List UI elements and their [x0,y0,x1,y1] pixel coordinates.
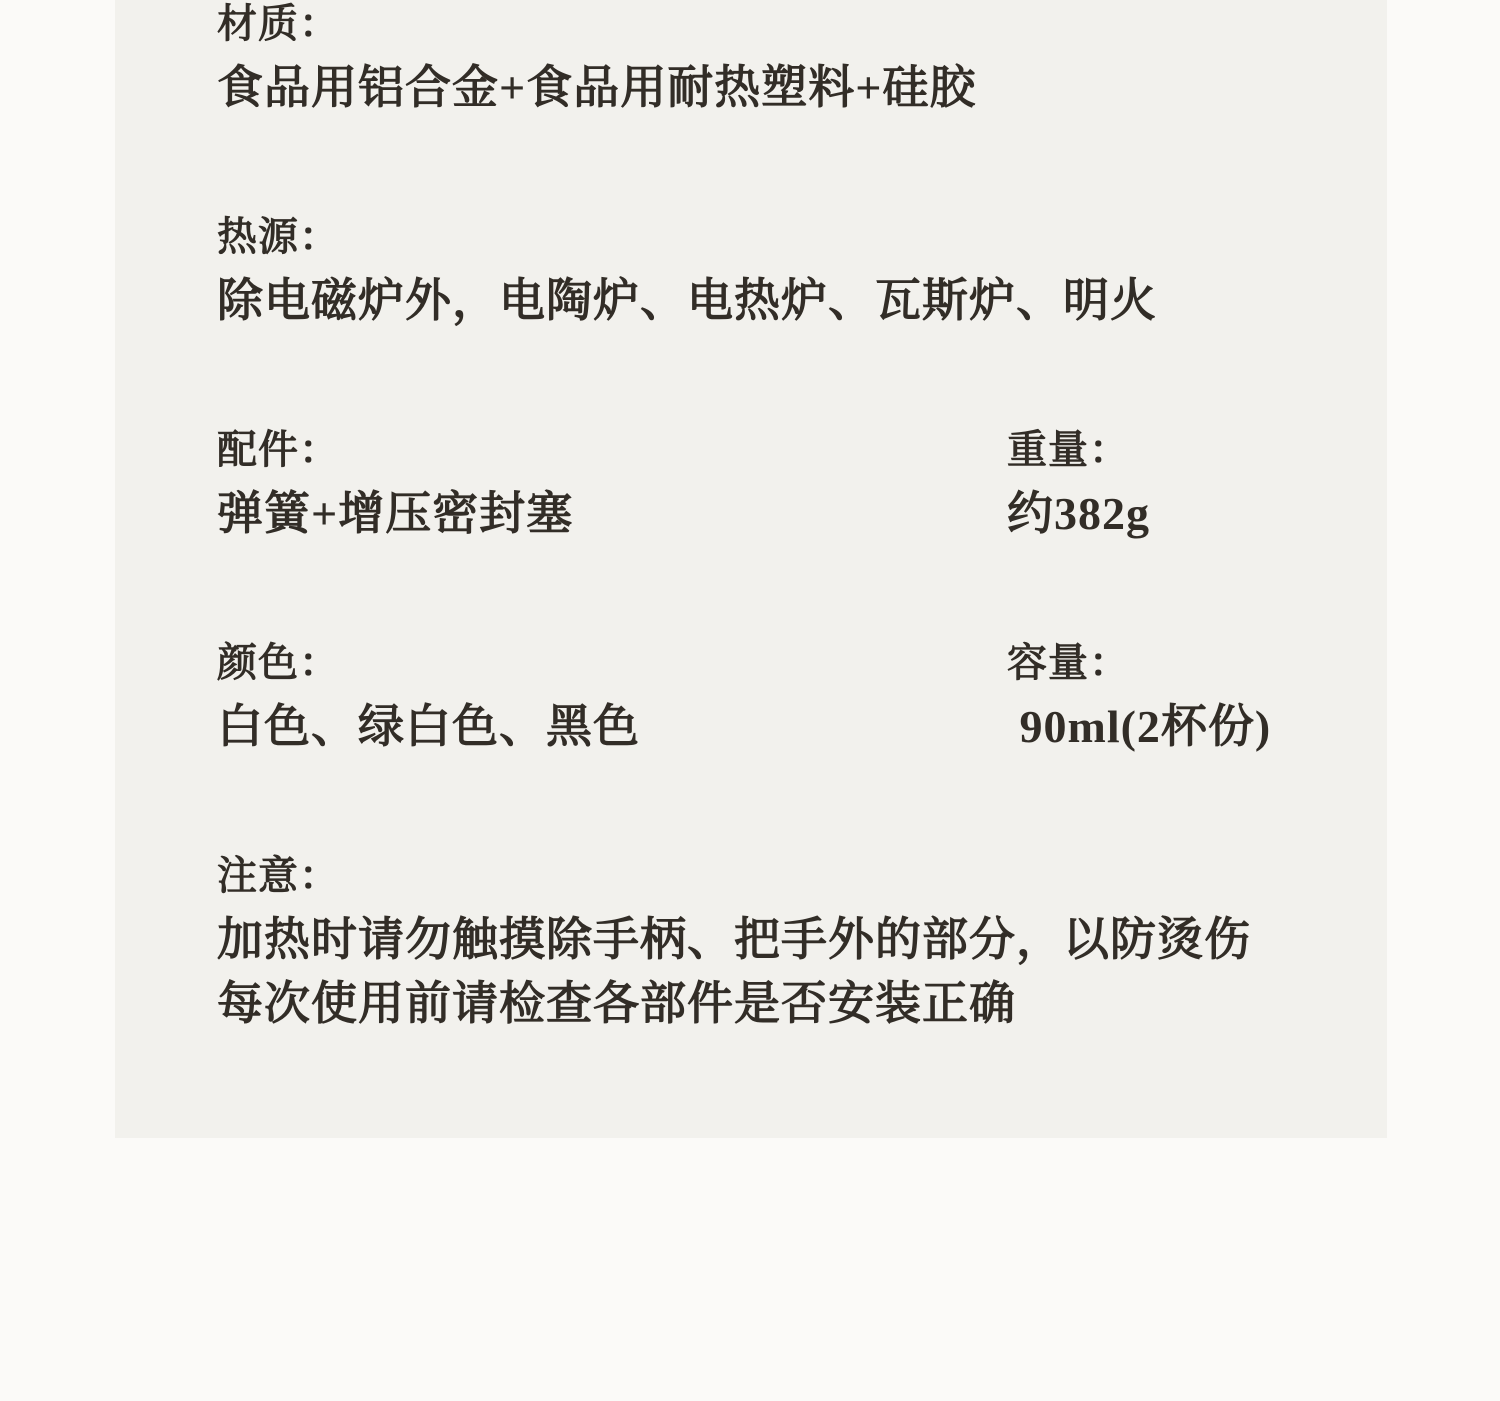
weight-value: 约382g [1007,482,1150,546]
notice-line-1: 加热时请勿触摸除手柄、把手外的部分，以防烫伤 [217,908,1347,972]
color-label: 颜色： [217,631,1007,695]
spec-content: 材质： 食品用铝合金+食品用耐热塑料+硅胶 热源： 除电磁炉外，电陶炉、电热炉、… [115,0,1387,1036]
weight-label: 重量： [1007,418,1150,482]
spec-panel: 材质： 食品用铝合金+食品用耐热塑料+硅胶 热源： 除电磁炉外，电陶炉、电热炉、… [115,0,1387,1138]
section-accessories-weight: 配件： 弹簧+增压密封塞 重量： 约382g [217,418,1347,546]
capacity-label: 容量： [1007,631,1271,695]
accessories-block: 配件： 弹簧+增压密封塞 [217,418,1007,546]
section-heat-source: 热源： 除电磁炉外，电陶炉、电热炉、瓦斯炉、明火 [217,205,1347,333]
section-notice: 注意： 加热时请勿触摸除手柄、把手外的部分，以防烫伤 每次使用前请检查各部件是否… [217,844,1347,1036]
color-block: 颜色： 白色、绿白色、黑色 [217,631,1007,759]
notice-label: 注意： [217,844,1347,908]
notice-line-2: 每次使用前请检查各部件是否安装正确 [217,972,1347,1036]
heat-source-value: 除电磁炉外，电陶炉、电热炉、瓦斯炉、明火 [217,269,1347,333]
heat-source-label: 热源： [217,205,1347,269]
weight-block: 重量： 约382g [1007,418,1150,546]
section-material: 材质： 食品用铝合金+食品用耐热塑料+硅胶 [217,0,1347,120]
material-value: 食品用铝合金+食品用耐热塑料+硅胶 [217,56,1347,120]
accessories-value: 弹簧+增压密封塞 [217,482,1007,546]
accessories-label: 配件： [217,418,1007,482]
capacity-value: 90ml(2杯份) [1007,695,1271,759]
color-value: 白色、绿白色、黑色 [217,695,1007,759]
capacity-block: 容量： 90ml(2杯份) [1007,631,1271,759]
material-label: 材质： [217,0,1347,56]
page: { "colors": { "page_bg": "#fbfaf8", "pan… [0,0,1500,1401]
section-color-capacity: 颜色： 白色、绿白色、黑色 容量： 90ml(2杯份) [217,631,1347,759]
